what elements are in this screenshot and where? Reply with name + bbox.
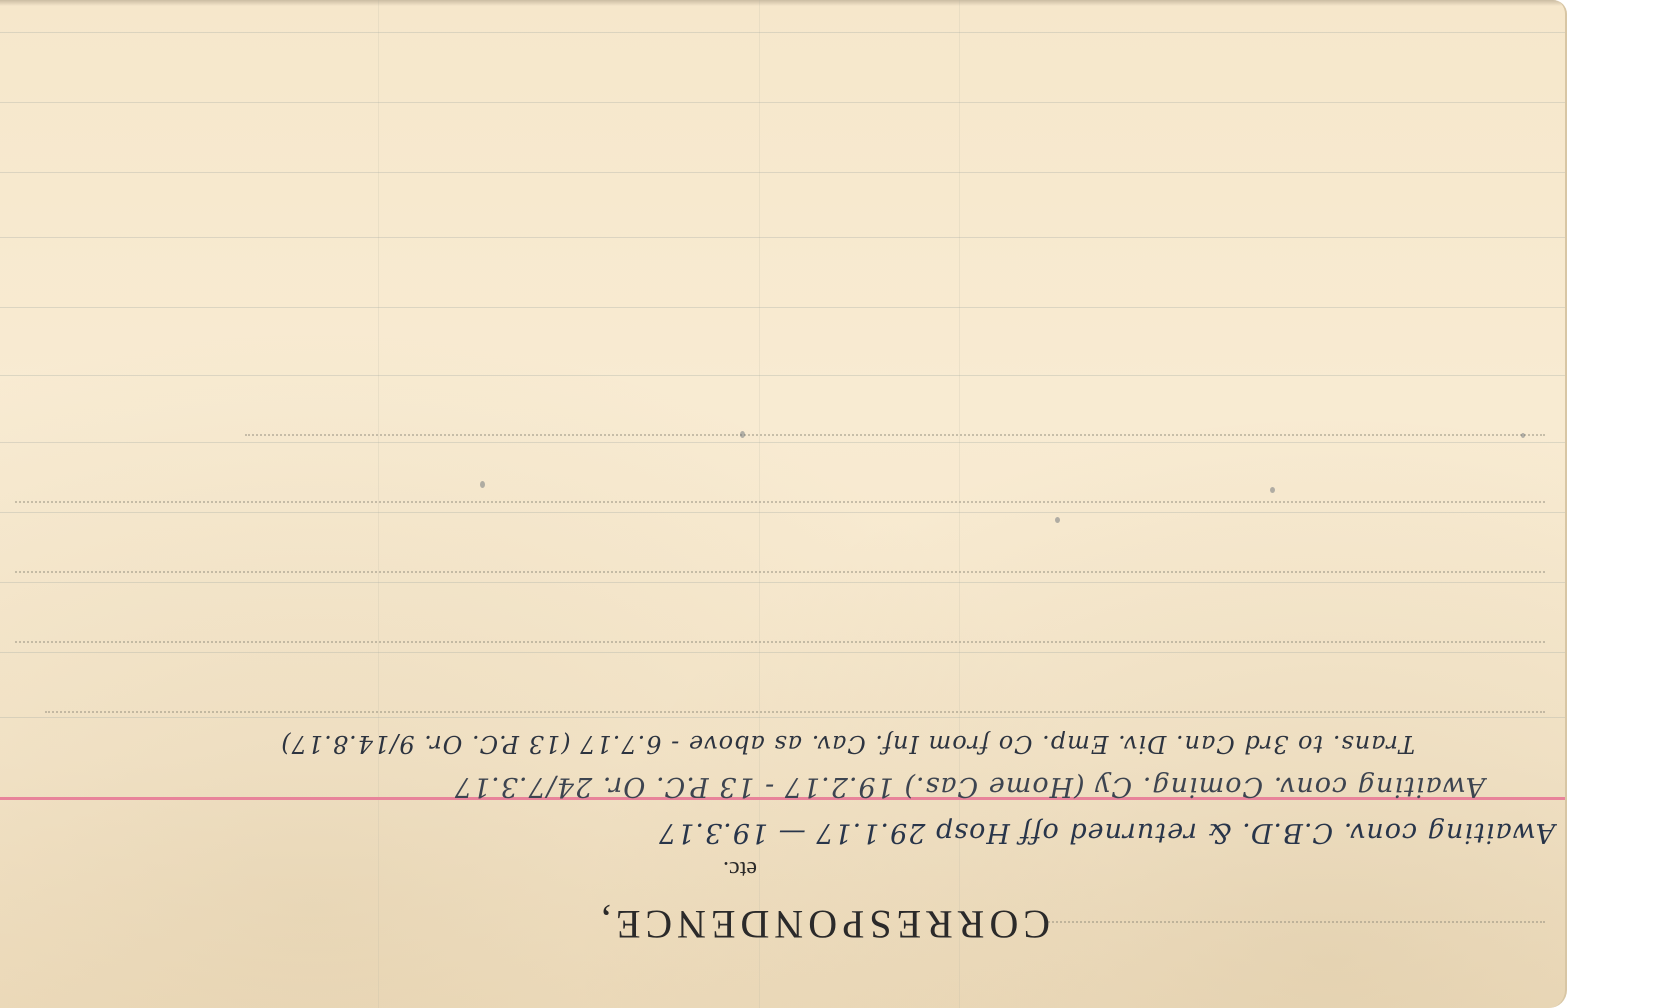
ink-speck xyxy=(1055,517,1060,523)
ruled-line xyxy=(0,512,1565,513)
dotted-line xyxy=(15,571,1545,573)
ruled-line xyxy=(0,307,1565,308)
dotted-line xyxy=(1045,921,1545,923)
ruled-line xyxy=(0,652,1565,653)
ruled-line xyxy=(0,442,1565,443)
handwritten-entry-2: Awaiting conv. Coming. Cy (Home Cas.) 19… xyxy=(454,771,1485,802)
printed-heading: CORRESPONDENCE, xyxy=(596,901,1050,948)
handwritten-entry-3: Trans. to 3rd Can. Div. Emp. Co from Inf… xyxy=(280,730,1415,758)
column-rule xyxy=(759,0,760,1008)
ink-speck xyxy=(740,431,745,438)
printed-subheading: etc. xyxy=(723,855,757,882)
ruled-line xyxy=(0,717,1565,718)
dotted-line xyxy=(245,434,1545,436)
column-rule xyxy=(959,0,960,1008)
ruled-line xyxy=(0,375,1565,376)
ruled-line xyxy=(0,582,1565,583)
ink-speck xyxy=(1270,487,1275,493)
ruled-line xyxy=(0,32,1565,33)
dotted-line xyxy=(45,711,1545,713)
ruled-line xyxy=(0,102,1565,103)
card-content-rotated: CORRESPONDENCE, etc. Awaiting conv. C.B.… xyxy=(0,0,1565,1008)
ruled-line xyxy=(0,172,1565,173)
ink-speck xyxy=(480,481,485,488)
dotted-line xyxy=(15,501,1545,503)
dotted-line xyxy=(15,641,1545,643)
ink-speck xyxy=(1521,433,1525,438)
ruled-line xyxy=(0,237,1565,238)
column-rule xyxy=(378,0,379,1008)
handwritten-entry-1: Awaiting conv. C.B.D. & returned off Hos… xyxy=(658,817,1555,848)
record-card: CORRESPONDENCE, etc. Awaiting conv. C.B.… xyxy=(0,0,1567,1008)
